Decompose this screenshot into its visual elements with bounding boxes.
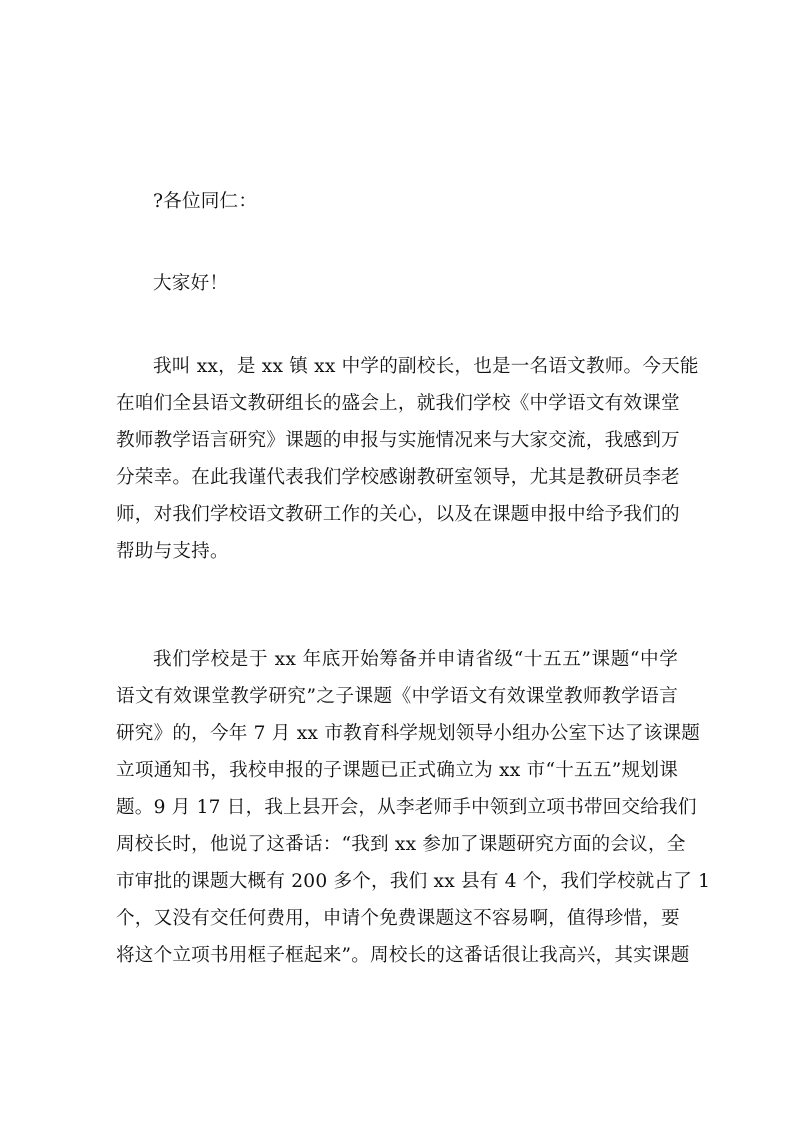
paragraph-line: 立项通知书，我校申报的子课题已正式确立为 xx 市“十五五”规划课 — [116, 759, 678, 783]
paragraph-line: 市审批的课题大概有 200 多个，我们 xx 县有 4 个，我们学校就占了 1 — [116, 870, 678, 894]
paragraph-line: 我们学校是于 xx 年底开始筹备并申请省级“十五五”课题“中学 — [153, 648, 678, 672]
document-page: ?各位同仁： 大家好！ 我叫 xx，是 xx 镇 xx 中学的副校长，也是一名语… — [0, 0, 793, 1122]
paragraph-line: 分荣幸。在此我谨代表我们学校感谢教研室领导，尤其是教研员李老 — [116, 466, 678, 490]
salutation: 大家好！ — [153, 272, 678, 296]
paragraph-line: 帮助与支持。 — [116, 540, 678, 564]
paragraph-line: 在咱们全县语文教研组长的盛会上，就我们学校《中学语文有效课堂 — [116, 392, 678, 416]
paragraph-line: 教师教学语言研究》课题的申报与实施情况来与大家交流，我感到万 — [116, 429, 678, 453]
paragraph-line: 个，又没有交任何费用，申请个免费课题这不容易啊，值得珍惜，要 — [116, 907, 678, 931]
paragraph-line: 研究》的，今年 7 月 xx 市教育科学规划领导小组办公室下达了该课题 — [116, 722, 678, 746]
paragraph-line: 题。9 月 17 日，我上县开会，从李老师手中领到立项书带回交给我们 — [116, 796, 678, 820]
paragraph-line: 周校长时，他说了这番话：“我到 xx 参加了课题研究方面的会议，全 — [116, 833, 678, 857]
paragraph-line: 师，对我们学校语文教研工作的关心，以及在课题申报中给予我们的 — [116, 503, 678, 527]
paragraph-line: 语文有效课堂教学研究”之子课题《中学语文有效课堂教师教学语言 — [116, 685, 678, 709]
greeting: ?各位同仁： — [153, 190, 678, 214]
paragraph-line: 我叫 xx，是 xx 镇 xx 中学的副校长，也是一名语文教师。今天能 — [153, 355, 678, 379]
paragraph-line: 将这个立项书用框子框起来”。周校长的这番话很让我高兴，其实课题 — [116, 944, 678, 968]
